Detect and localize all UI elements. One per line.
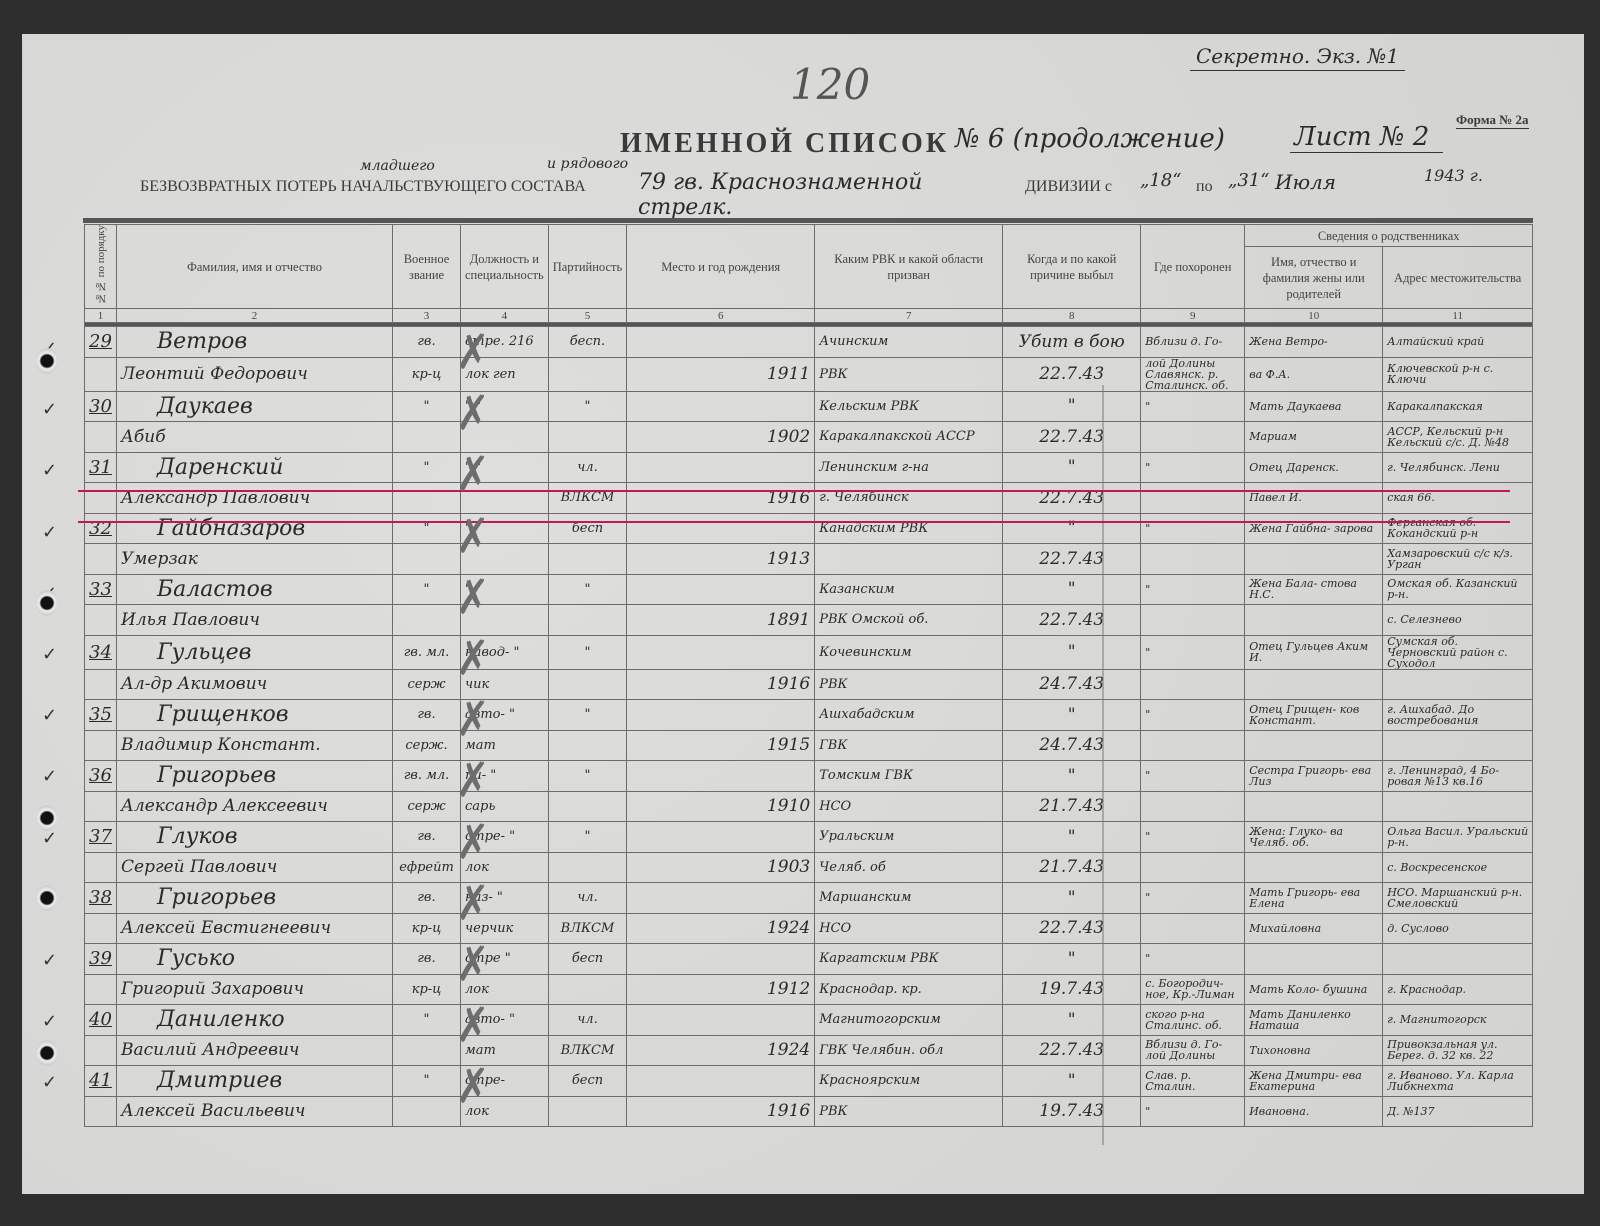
cell-buried: " (1141, 944, 1245, 975)
cell-relative: Сестра Григорь- ева Лиз (1245, 761, 1383, 792)
cell-address: г. Челябинск. Лени (1383, 452, 1533, 483)
cell-birth: 1913 (627, 544, 815, 575)
cell-birth: 1916 (627, 483, 815, 514)
cell-name: Григорьев (117, 883, 393, 914)
col-number-1: 1 (85, 309, 117, 323)
date-to: „31“ (1228, 170, 1269, 191)
cell-name: Баластов (117, 574, 393, 605)
col-header-1: №№ по порядку (85, 225, 117, 309)
col-header-8: Когда и по какой причине выбыл (1003, 225, 1141, 309)
cell-num: 38 (85, 883, 117, 914)
cell-buried: " (1141, 513, 1245, 544)
col-number-11: 11 (1383, 309, 1533, 323)
cell-birth: 1903 (627, 852, 815, 883)
col-header-5: Партийность (548, 225, 626, 309)
cell-rvk: Уральским (815, 822, 1003, 853)
cell-name: Александр Павлович (117, 483, 393, 514)
cell-birth (627, 1066, 815, 1097)
cell-buried: " (1141, 391, 1245, 422)
cell-address: с. Воскресенское (1383, 852, 1533, 883)
cell-relative: Отец Грищен- ков Констант. (1245, 700, 1383, 731)
table-row: Александр ПавловичВЛКСМ1916г. Челябинск2… (85, 483, 1533, 514)
date-to-label: по (1196, 178, 1213, 196)
cell-num: 40 (85, 1005, 117, 1036)
col-number-2: 2 (117, 309, 393, 323)
cell-num (85, 483, 117, 514)
cell-num (85, 1035, 117, 1066)
pencil-check-icon: ✗ (456, 999, 490, 1054)
cell-rank (393, 1035, 461, 1066)
cell-party: чл. (548, 883, 626, 914)
cell-num: 34 (85, 635, 117, 669)
cell-address: Хамзаровский с/с к/з. Урган (1383, 544, 1533, 575)
cell-rvk (815, 544, 1003, 575)
cell-rvk: Ашхабадским (815, 700, 1003, 731)
cell-rvk: ГВК (815, 730, 1003, 761)
cell-relative: Мать Даниленко Наташа (1245, 1005, 1383, 1036)
cell-rvk: Челяб. об (815, 852, 1003, 883)
cell-party: ВЛКСМ (548, 913, 626, 944)
cell-rvk: Магнитогорским (815, 1005, 1003, 1036)
cell-buried (1141, 544, 1245, 575)
cell-relative: Тихоновна (1245, 1035, 1383, 1066)
list-number: № 6 (продолжение) (955, 124, 1225, 154)
sheet-number: Лист № 2 (1290, 122, 1443, 153)
cell-rvk: г. Челябинск (815, 483, 1003, 514)
cell-num: 35 (85, 700, 117, 731)
cell-when: " (1003, 635, 1141, 669)
col-header-10: Имя, отчество и фамилия жены или родител… (1245, 247, 1383, 309)
cell-rvk: Красноярским (815, 1066, 1003, 1097)
cell-rvk: Маршанским (815, 883, 1003, 914)
cell-relative: Жена Дмитри- ева Екатерина (1245, 1066, 1383, 1097)
cell-address: с. Селезнево (1383, 605, 1533, 636)
cell-buried: лой Долины Славянск. р. Сталинск. об. (1141, 357, 1245, 391)
cell-address (1383, 669, 1533, 700)
cell-when: 22.7.43 (1003, 357, 1141, 391)
cell-rvk: Кельским РВК (815, 391, 1003, 422)
table-row: Александр Алексеевичсержсарь1910НСО21.7.… (85, 791, 1533, 822)
cell-relative: Мать Даукаева (1245, 391, 1383, 422)
cell-buried: " (1141, 574, 1245, 605)
cell-birth: 1902 (627, 422, 815, 453)
cell-address: Сумская об. Черновский район с. Суходол (1383, 635, 1533, 669)
cell-num: 39 (85, 944, 117, 975)
margin-tick-icon: ✓ (42, 766, 57, 787)
cell-rank: " (393, 1066, 461, 1097)
month: Июля (1275, 170, 1336, 194)
col-header-4: Должность и специальность (461, 225, 549, 309)
cell-when: 19.7.43 (1003, 1096, 1141, 1127)
table-row: Илья Павлович1891РВК Омской об.22.7.43с.… (85, 605, 1533, 636)
cell-birth (627, 1005, 815, 1036)
cell-rank: серж. (393, 730, 461, 761)
cell-rvk: РВК (815, 669, 1003, 700)
cell-address: НСО. Маршанский р-н. Смеловский (1383, 883, 1533, 914)
cell-rank (393, 544, 461, 575)
cell-num: 37 (85, 822, 117, 853)
cell-rvk: Каргатским РВК (815, 944, 1003, 975)
cell-when: " (1003, 452, 1141, 483)
table-row: 36Григорьевгв. мл.пи- ""Томским ГВК""Сес… (85, 761, 1533, 792)
cell-party: бесп (548, 513, 626, 544)
cell-name: Даукаев (117, 391, 393, 422)
cell-when: " (1003, 761, 1141, 792)
cell-address: Омская об. Казанский р-н. (1383, 574, 1533, 605)
cell-address: г. Иваново. Ул. Карла Либкнехта (1383, 1066, 1533, 1097)
cell-birth: 1924 (627, 1035, 815, 1066)
margin-tick-icon: ✓ (42, 460, 57, 481)
cell-num (85, 913, 117, 944)
cell-birth: 1911 (627, 357, 815, 391)
cell-rank: ефрейт (393, 852, 461, 883)
cell-party (548, 974, 626, 1005)
cell-num: 32 (85, 513, 117, 544)
cell-num: 33 (85, 574, 117, 605)
cell-party: ВЛКСМ (548, 1035, 626, 1066)
cell-when: 22.7.43 (1003, 422, 1141, 453)
cell-num (85, 357, 117, 391)
margin-tick-icon: ✓ (42, 644, 57, 665)
table-row: Абиб1902Каракалпакской АССР22.7.43Мариам… (85, 422, 1533, 453)
cell-rank: гв. (393, 822, 461, 853)
col-header-2: Фамилия, имя и отчество (117, 225, 393, 309)
form-number: Форма № 2а (1456, 112, 1529, 129)
cell-when: " (1003, 700, 1141, 731)
cell-rvk: РВК (815, 1096, 1003, 1127)
unit-name: 79 гв. Краснознаменной стрелк. (638, 170, 1018, 221)
cell-rank: серж (393, 669, 461, 700)
cell-rank: " (393, 391, 461, 422)
cell-birth: 1910 (627, 791, 815, 822)
insert-private: и рядового (547, 156, 628, 172)
cell-address: г. Ашхабад. До востребования (1383, 700, 1533, 731)
cell-name: Даренский (117, 452, 393, 483)
table-row: Алексей Евстигнеевичкр-цчерчикВЛКСМ1924Н… (85, 913, 1533, 944)
cell-name: Александр Алексеевич (117, 791, 393, 822)
cell-rvk: Томским ГВК (815, 761, 1003, 792)
cell-address (1383, 791, 1533, 822)
table-row: 31Даренский"" "чл.Ленинским г-на""Отец Д… (85, 452, 1533, 483)
cell-rank: гв. (393, 883, 461, 914)
red-underline-2 (78, 521, 1510, 523)
cell-buried: с. Богородич- ное, Кр.-Лиман (1141, 974, 1245, 1005)
cell-birth (627, 452, 815, 483)
col-number-6: 6 (627, 309, 815, 323)
cell-address: Привокзальная ул. Берег. д. 32 кв. 22 (1383, 1035, 1533, 1066)
table-row: 37Глуковгв.стре- ""Уральским""Жена: Глук… (85, 822, 1533, 853)
cell-party: " (548, 574, 626, 605)
cell-birth (627, 761, 815, 792)
cell-name: Умерзак (117, 544, 393, 575)
cell-address: д. Суслово (1383, 913, 1533, 944)
cell-rank: кр-ц (393, 974, 461, 1005)
table-row: Сергей Павловичефрейтлок1903Челяб. об21.… (85, 852, 1533, 883)
secret-mark: Секретно. Экз. №1 (1190, 44, 1405, 71)
cell-num: 29 (85, 327, 117, 358)
cell-rvk: Краснодар. кр. (815, 974, 1003, 1005)
cell-rank: " (393, 513, 461, 544)
cell-when: " (1003, 822, 1141, 853)
col-number-10: 10 (1245, 309, 1383, 323)
cell-party: " (548, 635, 626, 669)
cell-relative: Михайловна (1245, 913, 1383, 944)
cell-rank: кр-ц (393, 913, 461, 944)
cell-birth: 1912 (627, 974, 815, 1005)
punch-hole (36, 1040, 58, 1066)
cell-num (85, 791, 117, 822)
cell-buried (1141, 913, 1245, 944)
table-row: 40Даниленко"авто- "чл.Магнитогорским"ско… (85, 1005, 1533, 1036)
cell-when: " (1003, 1005, 1141, 1036)
punch-hole (36, 348, 58, 374)
cell-name: Григорьев (117, 761, 393, 792)
cell-num (85, 544, 117, 575)
cell-when: 22.7.43 (1003, 605, 1141, 636)
cell-birth (627, 700, 815, 731)
cell-when: " (1003, 391, 1141, 422)
cell-buried: Слав. р. Сталин. (1141, 1066, 1245, 1097)
cell-buried: Вблизи д. Го- лой Долины (1141, 1035, 1245, 1066)
cell-rank: гв. (393, 327, 461, 358)
col-header-9: Где похоронен (1141, 225, 1245, 309)
table-row: Леонтий Федоровичкр-цлок геп1911РВК22.7.… (85, 357, 1533, 391)
cell-address: Ольга Васил. Уральский р-н. (1383, 822, 1533, 853)
cell-when: " (1003, 513, 1141, 544)
cell-relative: ва Ф.А. (1245, 357, 1383, 391)
cell-num: 30 (85, 391, 117, 422)
cell-when: 21.7.43 (1003, 852, 1141, 883)
cell-name: Гайбназаров (117, 513, 393, 544)
cell-relative (1245, 944, 1383, 975)
cell-rvk: РВК Омской об. (815, 605, 1003, 636)
cell-birth (627, 883, 815, 914)
table-row: 33Баластов"" ""Казанским""Жена Бала- сто… (85, 574, 1533, 605)
col-number-8: 8 (1003, 309, 1141, 323)
cell-rank: кр-ц (393, 357, 461, 391)
cell-buried (1141, 791, 1245, 822)
cell-party: " (548, 391, 626, 422)
cell-name: Илья Павлович (117, 605, 393, 636)
cell-name: Алексей Евстигнеевич (117, 913, 393, 944)
cell-relative: Мать Коло- бушина (1245, 974, 1383, 1005)
table-row: 32Гайбназаров"" "беспКанадским РВК""Жена… (85, 513, 1533, 544)
red-underline-1 (78, 490, 1510, 492)
table-row: Владимир Констант.серж.мат1915ГВК24.7.43 (85, 730, 1533, 761)
cell-address: Д. №137 (1383, 1096, 1533, 1127)
col-header-11: Адрес местожительства (1383, 247, 1533, 309)
cell-name: Владимир Констант. (117, 730, 393, 761)
cell-when: 22.7.43 (1003, 913, 1141, 944)
cell-party: ВЛКСМ (548, 483, 626, 514)
cell-rvk: Ленинским г-на (815, 452, 1003, 483)
cell-when: " (1003, 1066, 1141, 1097)
cell-party (548, 1096, 626, 1127)
cell-address: ская 66. (1383, 483, 1533, 514)
table-row: 39Гуськогв.стре "беспКаргатским РВК"" (85, 944, 1533, 975)
cell-party: " (548, 700, 626, 731)
cell-name: Алексей Васильевич (117, 1096, 393, 1127)
cell-birth (627, 327, 815, 358)
pencil-check-icon: ✗ (456, 570, 490, 625)
cell-name: Гусько (117, 944, 393, 975)
col-number-4: 4 (461, 309, 549, 323)
cell-party: чл. (548, 1005, 626, 1036)
cell-rank: " (393, 452, 461, 483)
pencil-check-icon: ✗ (456, 509, 490, 564)
pencil-check-icon: ✗ (456, 325, 490, 380)
cell-address (1383, 944, 1533, 975)
cell-when: 24.7.43 (1003, 730, 1141, 761)
cell-relative: Павел И. (1245, 483, 1383, 514)
insert-junior: младшего (360, 158, 435, 174)
cell-buried: " (1141, 452, 1245, 483)
col-header-3: Военное звание (393, 225, 461, 309)
cell-party (548, 852, 626, 883)
cell-name: Сергей Павлович (117, 852, 393, 883)
cell-rank: гв. (393, 700, 461, 731)
cell-relative (1245, 669, 1383, 700)
cell-relative: Жена Ветро- (1245, 327, 1383, 358)
punch-hole (36, 885, 58, 911)
cell-rank: серж (393, 791, 461, 822)
pencil-check-icon: ✗ (456, 448, 490, 503)
cell-relative (1245, 730, 1383, 761)
cell-rvk: НСО (815, 913, 1003, 944)
table-row: 35Грищенковгв.авто- ""Ашхабадским""Отец … (85, 700, 1533, 731)
cell-rank: " (393, 1005, 461, 1036)
cell-buried: Вблизи д. Го- (1141, 327, 1245, 358)
cell-name: Григорий Захарович (117, 974, 393, 1005)
cell-party: " (548, 822, 626, 853)
cell-party (548, 791, 626, 822)
cell-name: Дмитриев (117, 1066, 393, 1097)
table-row: 38Григорьевгв.наз- "чл.Маршанским""Мать … (85, 883, 1533, 914)
cell-when: " (1003, 574, 1141, 605)
cell-num (85, 1096, 117, 1127)
pencil-check-icon: ✗ (456, 693, 490, 748)
col-header-6: Место и год рождения (627, 225, 815, 309)
losses-table: №№ по порядку Фамилия, имя и отчество Во… (84, 224, 1533, 1127)
year: 1943 г. (1424, 166, 1483, 185)
table-row: Григорий Захаровичкр-цлок1912Краснодар. … (85, 974, 1533, 1005)
cell-party: чл. (548, 452, 626, 483)
cell-rvk: РВК (815, 357, 1003, 391)
cell-buried: " (1141, 1096, 1245, 1127)
cell-birth: 1891 (627, 605, 815, 636)
cell-birth (627, 513, 815, 544)
header-rule (83, 218, 1533, 223)
margin-tick-icon: ✓ (42, 1011, 57, 1032)
cell-birth (627, 944, 815, 975)
table-row: Ал-др Акимовичсержчик1916РВК24.7.43 (85, 669, 1533, 700)
cell-relative: Жена: Глуко- ва Челяб. об. (1245, 822, 1383, 853)
margin-tick-icon: ✓ (42, 705, 57, 726)
cell-rank: гв. мл. (393, 635, 461, 669)
cell-address: Алтайский край (1383, 327, 1533, 358)
cell-num (85, 669, 117, 700)
pencil-check-icon: ✗ (456, 815, 490, 870)
cell-num (85, 605, 117, 636)
cell-name: Леонтий Федорович (117, 357, 393, 391)
cell-rank (393, 1096, 461, 1127)
margin-tick-icon: ✓ (42, 950, 57, 971)
table-row: 34Гульцевгв. мл.навод- ""Кочевинским""От… (85, 635, 1533, 669)
cell-relative: Ивановна. (1245, 1096, 1383, 1127)
margin-tick-icon: ✓ (42, 1072, 57, 1093)
cell-address: г. Магнитогорск (1383, 1005, 1533, 1036)
cell-address (1383, 730, 1533, 761)
document-title: ИМЕННОЙ СПИСОК (620, 128, 949, 160)
margin-tick-icon: ✓ (42, 399, 57, 420)
table-row: 29Ветровгв.стре. 216бесп.АчинскимУбит в … (85, 327, 1533, 358)
cell-address: Каракалпакская (1383, 391, 1533, 422)
cell-party: бесп (548, 944, 626, 975)
cell-rank: гв. (393, 944, 461, 975)
table-row: 30Даукаев"" ""Кельским РВК""Мать Даукаев… (85, 391, 1533, 422)
cell-when: 24.7.43 (1003, 669, 1141, 700)
table-row: Алексей Васильевичлок1916РВК19.7.43"Иван… (85, 1096, 1533, 1127)
cell-when: 19.7.43 (1003, 974, 1141, 1005)
cell-rvk: ГВК Челябин. обл (815, 1035, 1003, 1066)
cell-rvk: Казанским (815, 574, 1003, 605)
cell-birth: 1915 (627, 730, 815, 761)
margin-tick-icon: ✓ (42, 522, 57, 543)
cell-buried: ского р-на Сталинс. об. (1141, 1005, 1245, 1036)
cell-name: Ал-др Акимович (117, 669, 393, 700)
cell-birth: 1916 (627, 669, 815, 700)
cell-address: г. Ленинград, 4 Бо- ровая №13 кв.16 (1383, 761, 1533, 792)
cell-party (548, 544, 626, 575)
col-header-7: Каким РВК и какой области призван (815, 225, 1003, 309)
cell-party (548, 422, 626, 453)
cell-rank: " (393, 574, 461, 605)
relatives-group-header: Сведения о родственниках (1245, 225, 1533, 247)
cell-name: Василий Андреевич (117, 1035, 393, 1066)
pencil-check-icon: ✗ (456, 631, 490, 686)
cell-buried (1141, 483, 1245, 514)
cell-buried: " (1141, 700, 1245, 731)
cell-rank (393, 422, 461, 453)
cell-relative (1245, 605, 1383, 636)
cell-birth: 1916 (627, 1096, 815, 1127)
col-number-7: 7 (815, 309, 1003, 323)
cell-rank: гв. мл. (393, 761, 461, 792)
folio-number: 120 (790, 60, 870, 109)
cell-relative (1245, 791, 1383, 822)
cell-buried: " (1141, 761, 1245, 792)
cell-party (548, 605, 626, 636)
cell-party (548, 357, 626, 391)
pencil-vertical-line (1102, 385, 1104, 1145)
cell-name: Гульцев (117, 635, 393, 669)
cell-num (85, 852, 117, 883)
cell-relative: Отец Даренск. (1245, 452, 1383, 483)
cell-when: " (1003, 883, 1141, 914)
table-row: Василий АндреевичматВЛКСМ1924ГВК Челябин… (85, 1035, 1533, 1066)
cell-buried: " (1141, 635, 1245, 669)
cell-when: 21.7.43 (1003, 791, 1141, 822)
cell-when: 22.7.43 (1003, 1035, 1141, 1066)
cell-buried (1141, 669, 1245, 700)
cell-num: 31 (85, 452, 117, 483)
date-from: „18“ (1140, 170, 1181, 191)
cell-relative: Мать Григорь- ева Елена (1245, 883, 1383, 914)
cell-num: 36 (85, 761, 117, 792)
cell-party: бесп. (548, 327, 626, 358)
cell-rvk: Кочевинским (815, 635, 1003, 669)
pencil-check-icon: ✗ (456, 754, 490, 809)
